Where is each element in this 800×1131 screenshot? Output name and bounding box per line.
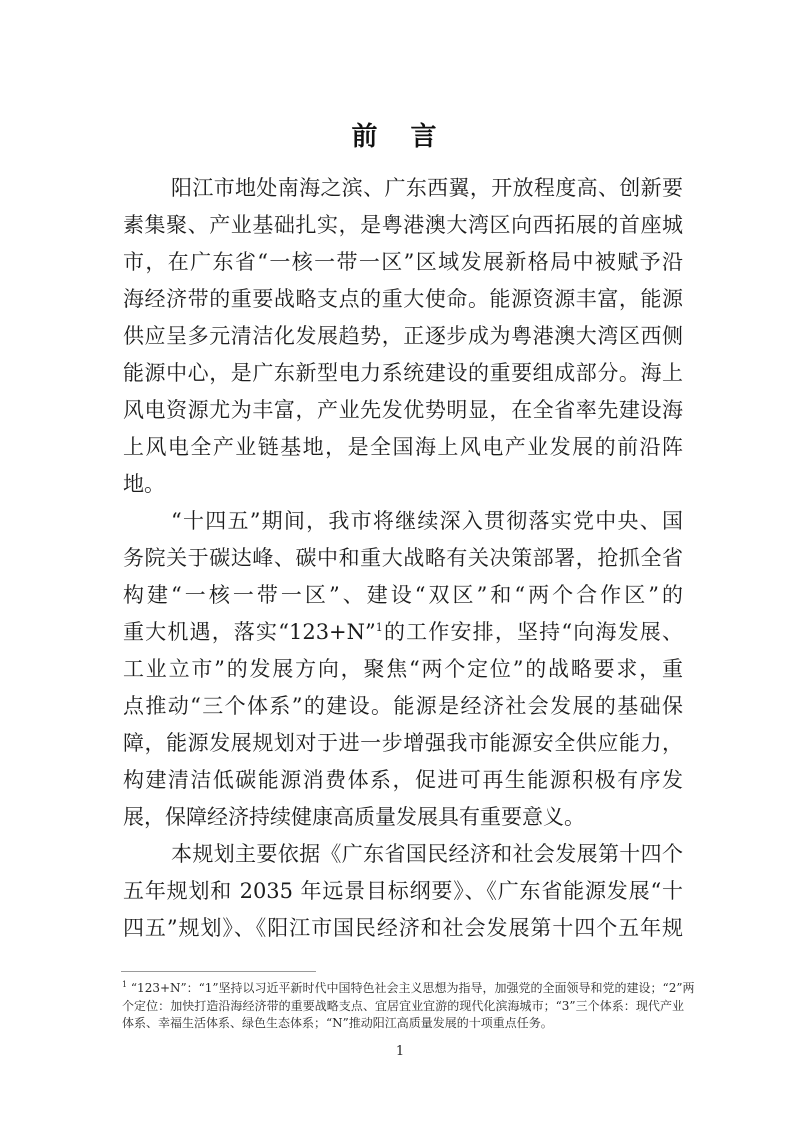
paragraph-2-line-8: 构建清洁低碳能源消费体系，促进可再生能源积极有序发 (123, 762, 683, 799)
paragraph-2-line-5: 工业立市”的发展方向，聚焦“两个定位”的战略要求，重 (123, 651, 683, 688)
paragraph-3-line-2: 五年规划和 2035 年远景目标纲要》、《广东省能源发展“十 (123, 873, 683, 910)
footnote-line-1-text: “123+N”：“1”坚持以习近平新时代中国特色社会主义思想为指导，加强党的全面… (131, 981, 695, 995)
line-text-before: 重大机遇，落实“123+N” (123, 620, 376, 644)
paragraph-1-line-5: 供应呈多元清洁化发展趋势，正逐步成为粤港澳大湾区西侧 (123, 318, 683, 355)
paragraph-1-line-9: 地。 (123, 466, 683, 503)
footnote-line-1: 1 “123+N”：“1”坚持以习近平新时代中国特色社会主义思想为指导，加强党的… (122, 980, 684, 998)
paragraph-1-line-3: 市，在广东省“一核一带一区”区域发展新格局中被赋予沿 (123, 244, 683, 281)
page-title: 前 言 (0, 118, 800, 156)
paragraph-3-line-1: 本规划主要依据《广东省国民经济和社会发展第十四个 (123, 836, 683, 873)
paragraph-1-line-6: 能源中心，是广东新型电力系统建设的重要组成部分。海上 (123, 355, 683, 392)
paragraph-1-line-7: 风电资源尤为丰富，产业先发优势明显，在全省率先建设海 (123, 392, 683, 429)
paragraph-1-line-4: 海经济带的重要战略支点的重大使命。能源资源丰富，能源 (123, 281, 683, 318)
page-number: 1 (0, 1044, 800, 1059)
paragraph-1-line-1: 阳江市地处南海之滨、广东西翼，开放程度高、创新要 (123, 170, 683, 207)
paragraph-2-line-6: 点推动“三个体系”的建设。能源是经济社会发展的基础保 (123, 688, 683, 725)
paragraph-3-line-3: 四五”规划》、《阳江市国民经济和社会发展第十四个五年规 (123, 910, 683, 947)
footnote-reference[interactable]: 1 (376, 621, 383, 634)
paragraph-2-line-1: “十四五”期间，我市将继续深入贯彻落实党中央、国 (123, 503, 683, 540)
body-text: 阳江市地处南海之滨、广东西翼，开放程度高、创新要 素集聚、产业基础扎实，是粤港澳… (123, 170, 683, 947)
footnote-marker: 1 (122, 980, 127, 989)
paragraph-1-line-2: 素集聚、产业基础扎实，是粤港澳大湾区向西拓展的首座城 (123, 207, 683, 244)
footnote-line-3: 体系、幸福生活体系、绿色生态体系；“N”推动阳江高质量发展的十项重点任务。 (122, 1015, 684, 1033)
paragraph-2-line-7: 障，能源发展规划对于进一步增强我市能源安全供应能力， (123, 725, 683, 762)
paragraph-2-line-4: 重大机遇，落实“123+N”1的工作安排，坚持“向海发展、 (123, 614, 683, 651)
paragraph-1-line-8: 上风电全产业链基地，是全国海上风电产业发展的前沿阵 (123, 429, 683, 466)
paragraph-2-line-3: 构建“一核一带一区”、建设“双区”和“两个合作区”的 (123, 577, 683, 614)
footnote-divider (121, 971, 316, 972)
document-page: 前 言 阳江市地处南海之滨、广东西翼，开放程度高、创新要 素集聚、产业基础扎实，… (0, 0, 800, 1131)
footnote-line-2: 个定位：加快打造沿海经济带的重要战略支点、宜居宜业宜游的现代化滨海城市；“3”三… (122, 998, 684, 1016)
paragraph-2-line-2: 务院关于碳达峰、碳中和重大战略有关决策部署，抢抓全省 (123, 540, 683, 577)
line-text-after: 的工作安排，坚持“向海发展、 (383, 620, 683, 644)
footnote: 1 “123+N”：“1”坚持以习近平新时代中国特色社会主义思想为指导，加强党的… (122, 980, 684, 1033)
paragraph-2-line-9: 展，保障经济持续健康高质量发展具有重要意义。 (123, 799, 683, 836)
